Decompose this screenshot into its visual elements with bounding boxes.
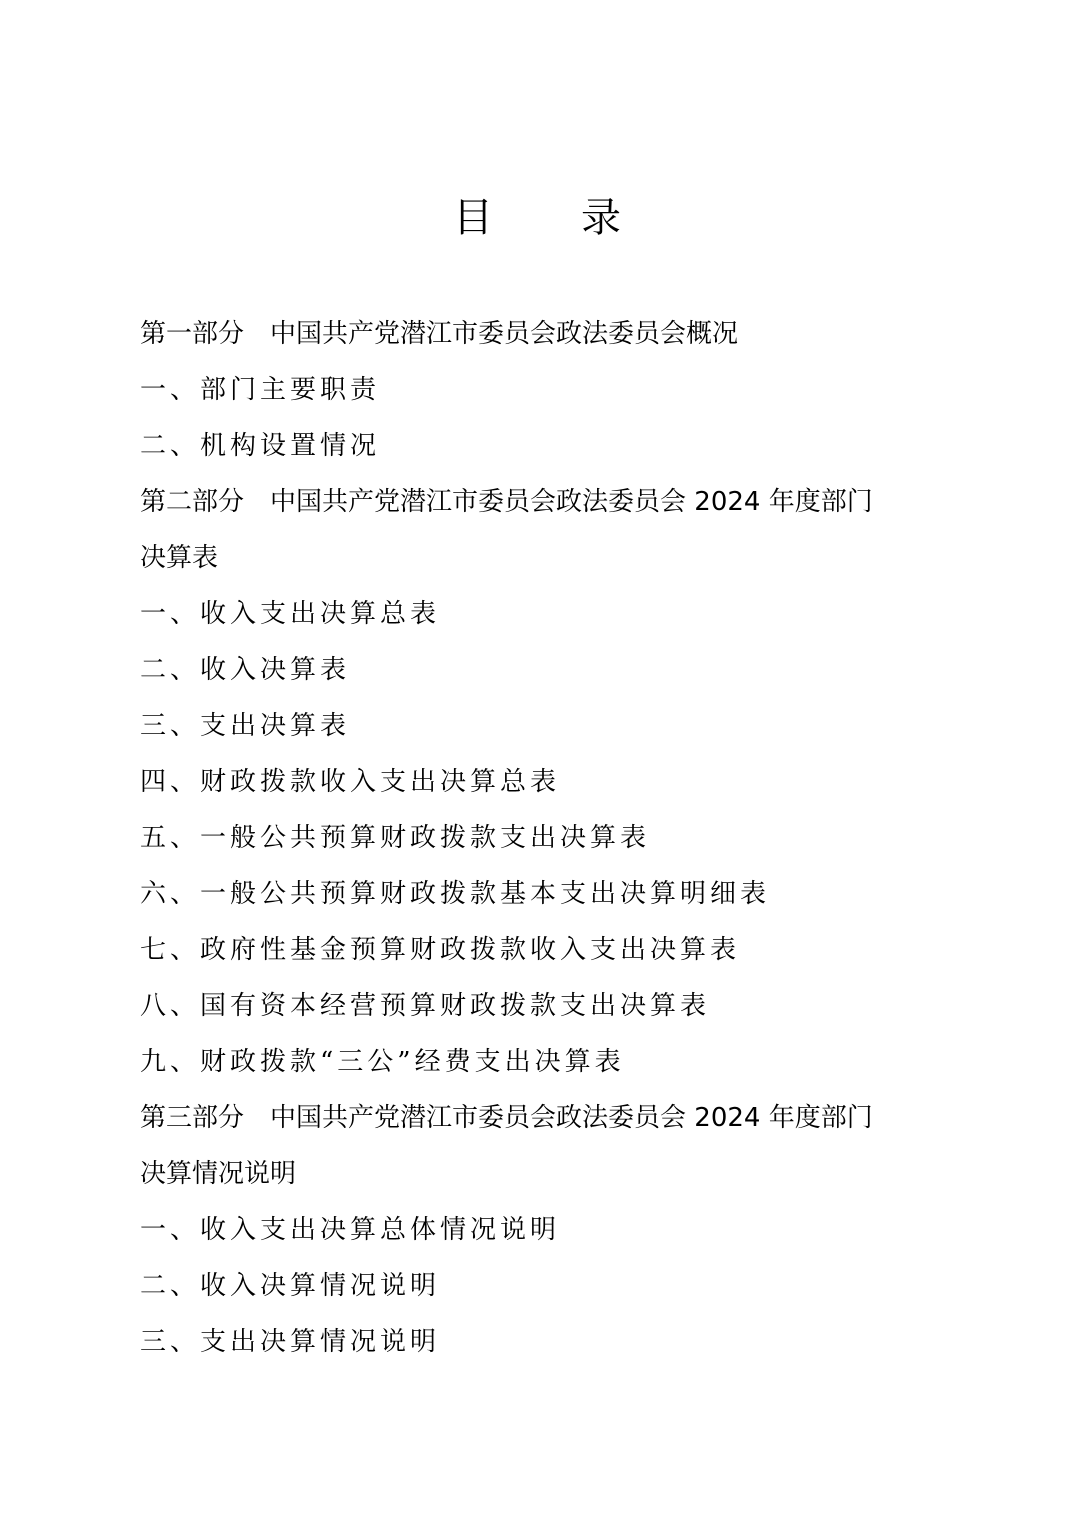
toc-item[interactable]: 八、国有资本经营预算财政拨款支出决算表 <box>140 978 940 1034</box>
toc-item[interactable]: 一、收入支出决算总表 <box>140 586 940 642</box>
table-of-contents: 第一部分中国共产党潜江市委员会政法委员会概况 一、部门主要职责 二、机构设置情况… <box>140 306 940 1370</box>
toc-item[interactable]: 六、一般公共预算财政拨款基本支出决算明细表 <box>140 866 940 922</box>
toc-part-2-continued[interactable]: 决算表 <box>140 530 940 586</box>
toc-item[interactable]: 二、收入决算表 <box>140 642 940 698</box>
toc-item[interactable]: 七、政府性基金预算财政拨款收入支出决算表 <box>140 922 940 978</box>
part-title: 中国共产党潜江市委员会政法委员会 2024 年度部门 <box>270 1103 873 1133</box>
toc-part-1[interactable]: 第一部分中国共产党潜江市委员会政法委员会概况 <box>140 306 940 362</box>
toc-item[interactable]: 九、财政拨款“三公”经费支出决算表 <box>140 1034 940 1090</box>
part-label: 第二部分 <box>140 487 244 517</box>
toc-item[interactable]: 一、部门主要职责 <box>140 362 940 418</box>
toc-item[interactable]: 二、收入决算情况说明 <box>140 1258 940 1314</box>
toc-item[interactable]: 三、支出决算表 <box>140 698 940 754</box>
part-label: 第一部分 <box>140 319 244 349</box>
toc-part-2[interactable]: 第二部分中国共产党潜江市委员会政法委员会 2024 年度部门 <box>140 474 940 530</box>
toc-part-3[interactable]: 第三部分中国共产党潜江市委员会政法委员会 2024 年度部门 <box>140 1090 940 1146</box>
toc-item[interactable]: 三、支出决算情况说明 <box>140 1314 940 1370</box>
title-char-2: 录 <box>581 190 621 246</box>
toc-item[interactable]: 一、收入支出决算总体情况说明 <box>140 1202 940 1258</box>
toc-item[interactable]: 二、机构设置情况 <box>140 418 940 474</box>
toc-item[interactable]: 四、财政拨款收入支出决算总表 <box>140 754 940 810</box>
toc-item[interactable]: 五、一般公共预算财政拨款支出决算表 <box>140 810 940 866</box>
part-label: 第三部分 <box>140 1103 244 1133</box>
page-title: 目录 <box>0 190 1074 246</box>
part-title: 中国共产党潜江市委员会政法委员会概况 <box>270 319 738 349</box>
part-title: 中国共产党潜江市委员会政法委员会 2024 年度部门 <box>270 487 873 517</box>
title-char-1: 目 <box>453 190 493 246</box>
toc-part-3-continued[interactable]: 决算情况说明 <box>140 1146 940 1202</box>
